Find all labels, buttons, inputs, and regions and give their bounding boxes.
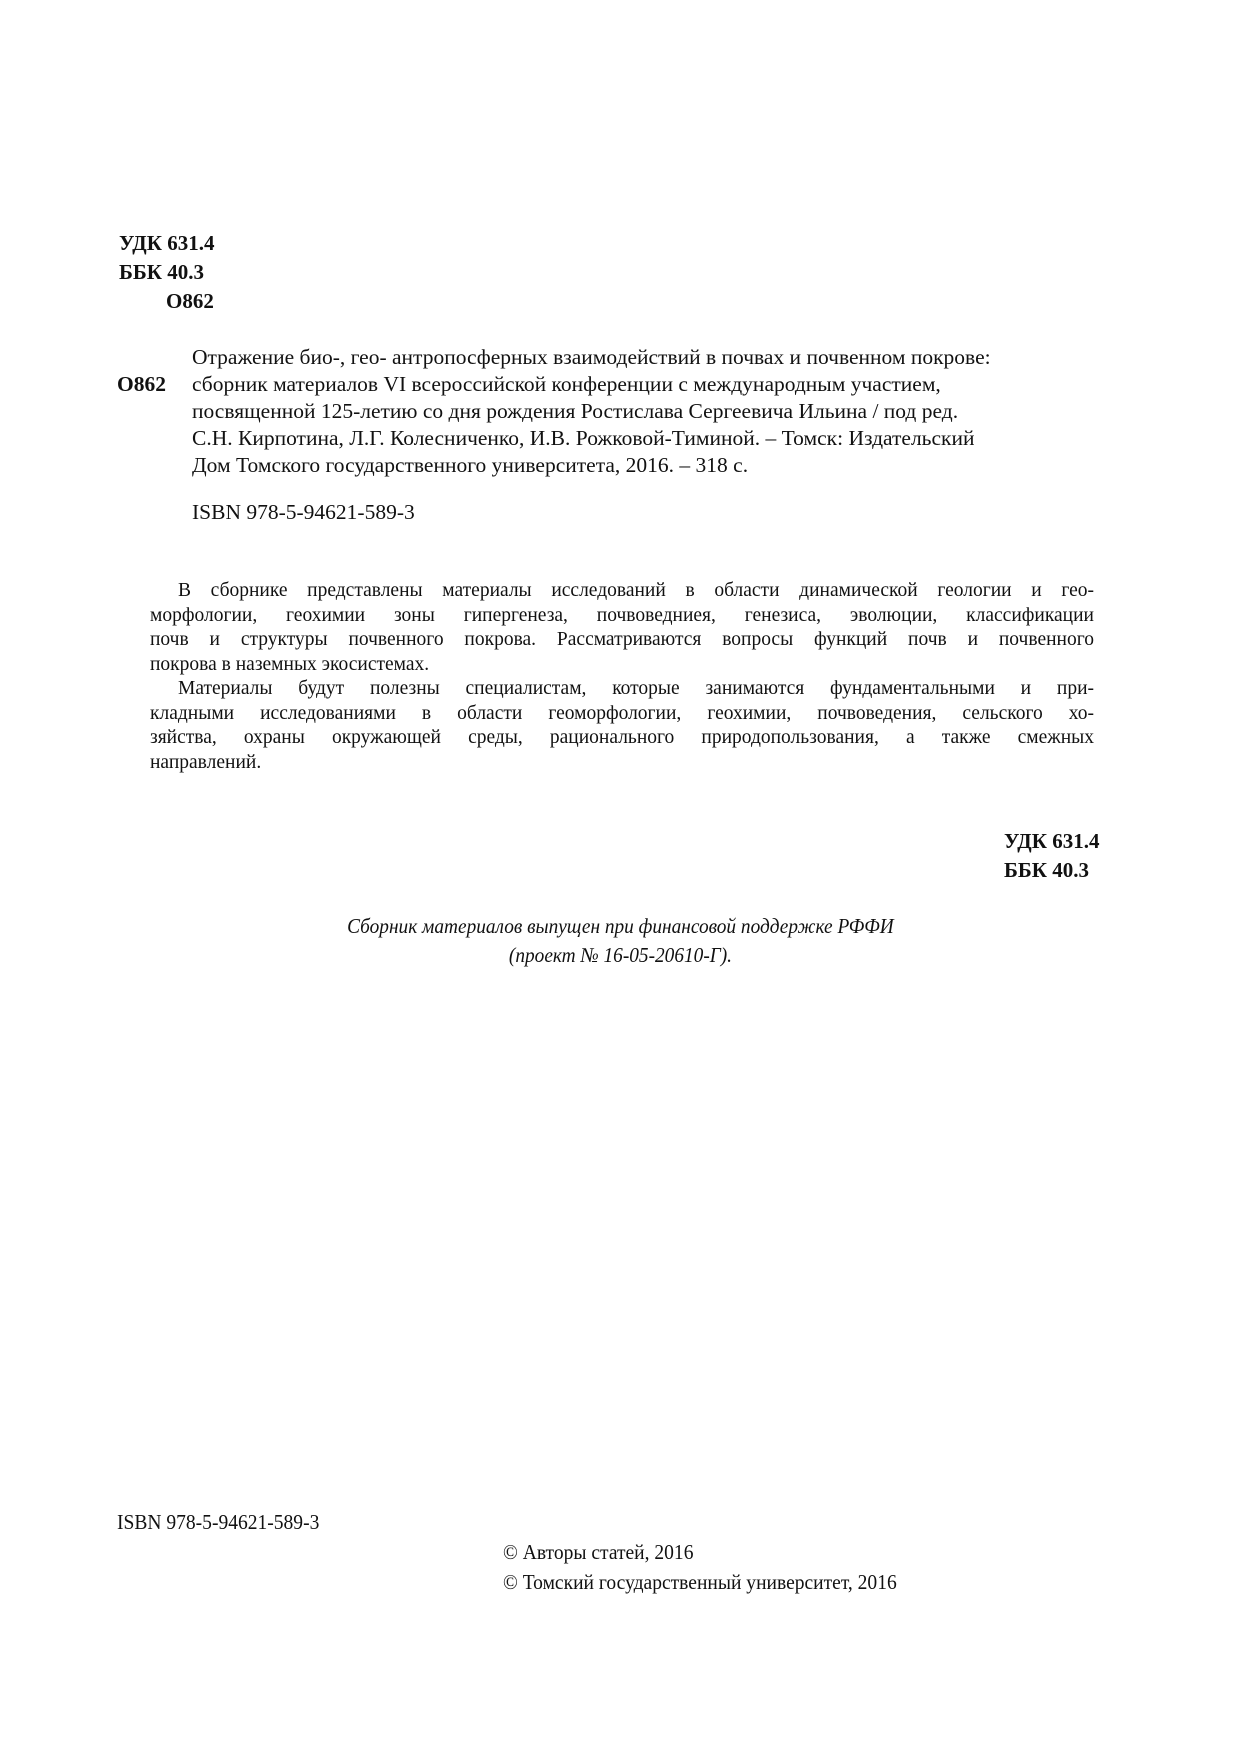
biblio-line: С.Н. Кирпотина, Л.Г. Колесниченко, И.В. … — [192, 425, 991, 452]
abstract-p2-line: Материалы будут полезны специалистам, ко… — [150, 677, 1094, 702]
copyright-authors: © Авторы статей, 2016 — [503, 1537, 897, 1567]
bbk-code-bottom: ББК 40.3 — [1004, 855, 1089, 885]
copyright-block: © Авторы статей, 2016 © Томский государс… — [503, 1537, 897, 1597]
udk-code-bottom: УДК 631.4 — [1004, 826, 1099, 856]
funding-line-1: Сборник материалов выпущен при финансово… — [50, 912, 1192, 941]
biblio-line: Отражение био-, гео- антропосферных взаи… — [192, 344, 991, 371]
abstract-p2-line: кладными исследованиями в области геомор… — [150, 702, 1094, 727]
abstract-p1-line: морфологии, геохимии зоны гипергенеза, п… — [150, 604, 1094, 629]
abstract-p2-line: зяйства, охраны окружающей среды, рацион… — [150, 726, 1094, 751]
abstract: В сборнике представлены материалы исслед… — [150, 579, 1094, 775]
isbn-record: ISBN 978-5-94621-589-3 — [192, 499, 415, 526]
isbn-footer: ISBN 978-5-94621-589-3 — [117, 1508, 319, 1536]
bbk-code-top: ББК 40.3 — [119, 257, 204, 287]
udk-code-top: УДК 631.4 — [119, 228, 214, 258]
biblio-line: сборник материалов VI всероссийской конф… — [192, 371, 991, 398]
author-mark-record: О862 — [117, 371, 166, 398]
copyright-university: © Томский государственный университет, 2… — [503, 1567, 897, 1597]
funding-line-2: (проект № 16-05-20610-Г). — [50, 941, 1192, 970]
author-mark-top: О862 — [166, 286, 214, 316]
funding-note: Сборник материалов выпущен при финансово… — [50, 912, 1192, 970]
bibliographic-description: Отражение био-, гео- антропосферных взаи… — [192, 344, 991, 479]
biblio-line: Дом Томского государственного университе… — [192, 452, 991, 479]
biblio-line: посвященной 125-летию со дня рождения Ро… — [192, 398, 991, 425]
abstract-p1-line: В сборнике представлены материалы исслед… — [150, 579, 1094, 604]
abstract-p2-line: направлений. — [150, 751, 1094, 776]
abstract-p1-line: покрова в наземных экосистемах. — [150, 653, 1094, 678]
abstract-p1-line: почв и структуры почвенного покрова. Рас… — [150, 628, 1094, 653]
